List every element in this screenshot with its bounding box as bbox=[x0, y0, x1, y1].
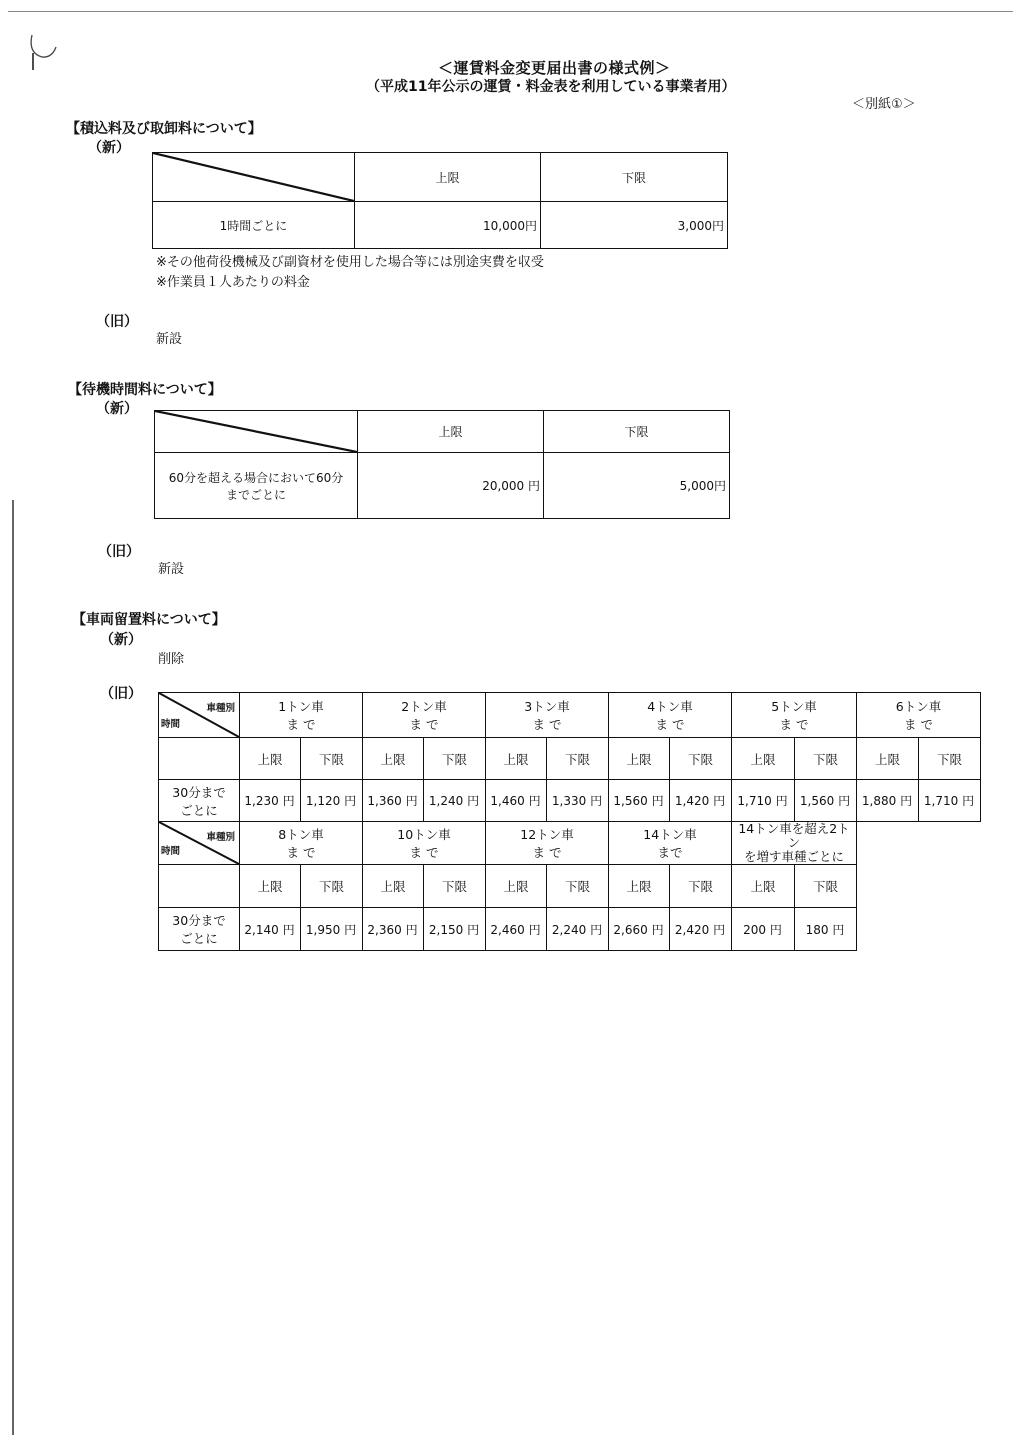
vehicle-class-header: 12トン車ま で bbox=[486, 822, 609, 865]
empty-label-cell bbox=[159, 738, 240, 780]
annex-label: ＜別紙①＞ bbox=[852, 93, 916, 112]
vehicle-class-header: 6トン車ま で bbox=[857, 693, 981, 738]
row-label: 30分までごとに bbox=[159, 908, 240, 951]
vehicle-class-header: 10トン車ま で bbox=[363, 822, 486, 865]
parking-fee-table: 車種別時間1トン車ま で2トン車ま で3トン車ま で4トン車ま で5トン車ま で… bbox=[158, 692, 981, 951]
col-header-upper: 上限 bbox=[358, 411, 544, 453]
document-subtitle: （平成11年公示の運賃・料金表を利用している事業者用） bbox=[366, 76, 735, 96]
upper-limit-label: 上限 bbox=[486, 738, 547, 780]
corner-label-vehicle-type: 車種別 bbox=[206, 829, 235, 843]
upper-limit-label: 上限 bbox=[857, 738, 919, 780]
vehicle-class-line2: まで bbox=[611, 843, 729, 861]
vehicle-class-line2: ま で bbox=[365, 715, 483, 733]
lower-limit-label: 下限 bbox=[301, 738, 363, 780]
vehicle-class-line1: 2トン車 bbox=[365, 697, 483, 715]
upper-value: 20,000 円 bbox=[358, 453, 544, 519]
diagonal-corner-cell bbox=[155, 411, 358, 453]
document-title: ＜運賃料金変更届出書の様式例＞ bbox=[438, 57, 671, 78]
old-label: （旧） bbox=[98, 541, 140, 561]
vehicle-class-line2: ま で bbox=[611, 715, 729, 733]
lower-value: 1,560 円 bbox=[795, 780, 857, 822]
lower-value: 1,420 円 bbox=[670, 780, 732, 822]
vehicle-class-line2: ま で bbox=[488, 715, 606, 733]
vehicle-class-line1: 4トン車 bbox=[611, 697, 729, 715]
row-label: 60分を超える場合において60分 までごとに bbox=[155, 453, 358, 519]
upper-limit-label: 上限 bbox=[240, 738, 301, 780]
punch-mark-icon bbox=[30, 33, 58, 71]
empty-cell bbox=[857, 822, 981, 865]
lower-limit-label: 下限 bbox=[424, 865, 486, 908]
scan-edge-top bbox=[8, 11, 1013, 12]
vehicle-class-line1: 3トン車 bbox=[488, 697, 606, 715]
upper-value: 1,360 円 bbox=[363, 780, 424, 822]
vehicle-class-line2: ま で bbox=[242, 843, 360, 861]
empty-cell bbox=[857, 865, 981, 908]
vehicle-class-line2: を増す車種ごとに bbox=[734, 850, 854, 864]
vehicle-class-line1: 12トン車 bbox=[488, 825, 606, 843]
vehicle-class-line1: 1トン車 bbox=[242, 697, 360, 715]
new-label: （新） bbox=[88, 137, 130, 157]
lower-limit-label: 下限 bbox=[670, 738, 732, 780]
lower-limit-label: 下限 bbox=[547, 865, 609, 908]
lower-value: 1,950 円 bbox=[301, 908, 363, 951]
vehicle-class-header: 8トン車ま で bbox=[240, 822, 363, 865]
vehicle-class-line1: 6トン車 bbox=[859, 697, 978, 715]
waiting-fee-table: 上限 下限 60分を超える場合において60分 までごとに 20,000 円 5,… bbox=[154, 410, 730, 519]
note-2: ※作業員１人あたりの料金 bbox=[156, 271, 310, 290]
new-label: （新） bbox=[96, 398, 138, 418]
lower-limit-label: 下限 bbox=[301, 865, 363, 908]
upper-value: 2,660 円 bbox=[609, 908, 670, 951]
col-header-upper: 上限 bbox=[355, 153, 541, 202]
upper-limit-label: 上限 bbox=[609, 865, 670, 908]
upper-limit-label: 上限 bbox=[732, 865, 795, 908]
note-1: ※その他荷役機械及び副資材を使用した場合等には別途実費を収受 bbox=[156, 251, 544, 270]
empty-label-cell bbox=[159, 865, 240, 908]
vehicle-class-line2: ま で bbox=[242, 715, 360, 733]
vehicle-class-header: 14トン車を超え2トンを増す車種ごとに bbox=[732, 822, 857, 865]
section-heading-parking: 【車両留置料について】 bbox=[72, 609, 226, 629]
lower-value: 3,000円 bbox=[541, 202, 728, 249]
upper-limit-label: 上限 bbox=[240, 865, 301, 908]
old-value: 新設 bbox=[158, 558, 184, 577]
vehicle-class-line2: ま で bbox=[859, 715, 978, 733]
row-label-line1: 60分を超える場合において60分 bbox=[159, 469, 353, 486]
lower-value: 2,150 円 bbox=[424, 908, 486, 951]
upper-value: 1,880 円 bbox=[857, 780, 919, 822]
row-label-line2: ごとに bbox=[161, 801, 237, 819]
vehicle-class-line1: 8トン車 bbox=[242, 825, 360, 843]
old-label: （旧） bbox=[100, 683, 142, 703]
vehicle-class-line1: 5トン車 bbox=[734, 697, 854, 715]
upper-value: 1,460 円 bbox=[486, 780, 547, 822]
vehicle-class-header: 4トン車ま で bbox=[609, 693, 732, 738]
loading-fee-table: 上限 下限 1時間ごとに 10,000円 3,000円 bbox=[152, 152, 728, 249]
row-label: 1時間ごとに bbox=[153, 202, 355, 249]
upper-value: 2,460 円 bbox=[486, 908, 547, 951]
old-label: （旧） bbox=[96, 311, 138, 331]
vehicle-class-line2: ま で bbox=[734, 715, 854, 733]
upper-limit-label: 上限 bbox=[363, 865, 424, 908]
lower-value: 1,240 円 bbox=[424, 780, 486, 822]
vehicle-class-header: 2トン車ま で bbox=[363, 693, 486, 738]
upper-limit-label: 上限 bbox=[363, 738, 424, 780]
vehicle-class-header: 1トン車ま で bbox=[240, 693, 363, 738]
lower-limit-label: 下限 bbox=[424, 738, 486, 780]
lower-limit-label: 下限 bbox=[919, 738, 981, 780]
upper-limit-label: 上限 bbox=[732, 738, 795, 780]
lower-value: 1,120 円 bbox=[301, 780, 363, 822]
old-value: 新設 bbox=[156, 328, 182, 347]
row-label-line1: 30分まで bbox=[161, 911, 237, 929]
vehicle-class-line1: 10トン車 bbox=[365, 825, 483, 843]
upper-value: 10,000円 bbox=[355, 202, 541, 249]
upper-value: 200 円 bbox=[732, 908, 795, 951]
row-label-line2: までごとに bbox=[159, 486, 353, 503]
lower-value: 2,420 円 bbox=[670, 908, 732, 951]
corner-label-time: 時間 bbox=[161, 716, 180, 730]
diagonal-corner-cell: 車種別時間 bbox=[159, 693, 240, 738]
section-heading-loading: 【積込料及び取卸料について】 bbox=[66, 118, 262, 138]
upper-value: 1,560 円 bbox=[609, 780, 670, 822]
diagonal-corner-cell bbox=[153, 153, 355, 202]
row-label-line1: 30分まで bbox=[161, 783, 237, 801]
lower-limit-label: 下限 bbox=[795, 738, 857, 780]
row-label: 30分までごとに bbox=[159, 780, 240, 822]
new-label: （新） bbox=[100, 629, 142, 649]
lower-limit-label: 下限 bbox=[670, 865, 732, 908]
upper-value: 1,230 円 bbox=[240, 780, 301, 822]
vehicle-class-header: 5トン車ま で bbox=[732, 693, 857, 738]
upper-limit-label: 上限 bbox=[486, 865, 547, 908]
upper-value: 1,710 円 bbox=[732, 780, 795, 822]
vehicle-class-header: 3トン車ま で bbox=[486, 693, 609, 738]
lower-value: 180 円 bbox=[795, 908, 857, 951]
section-heading-waiting: 【待機時間料について】 bbox=[68, 379, 222, 399]
upper-limit-label: 上限 bbox=[609, 738, 670, 780]
vehicle-class-line2: ま で bbox=[365, 843, 483, 861]
lower-value: 1,710 円 bbox=[919, 780, 981, 822]
diagonal-corner-cell: 車種別時間 bbox=[159, 822, 240, 865]
corner-label-vehicle-type: 車種別 bbox=[206, 700, 235, 714]
empty-cell bbox=[857, 908, 981, 951]
scan-edge-left bbox=[12, 500, 14, 1435]
lower-value: 2,240 円 bbox=[547, 908, 609, 951]
col-header-lower: 下限 bbox=[544, 411, 730, 453]
upper-value: 2,140 円 bbox=[240, 908, 301, 951]
lower-value: 1,330 円 bbox=[547, 780, 609, 822]
col-header-lower: 下限 bbox=[541, 153, 728, 202]
vehicle-class-line1: 14トン車 bbox=[611, 825, 729, 843]
corner-label-time: 時間 bbox=[161, 843, 180, 857]
vehicle-class-line2: ま で bbox=[488, 843, 606, 861]
row-label-line2: ごとに bbox=[161, 929, 237, 947]
new-value: 削除 bbox=[158, 648, 184, 667]
lower-limit-label: 下限 bbox=[795, 865, 857, 908]
upper-value: 2,360 円 bbox=[363, 908, 424, 951]
lower-limit-label: 下限 bbox=[547, 738, 609, 780]
lower-value: 5,000円 bbox=[544, 453, 730, 519]
vehicle-class-header: 14トン車まで bbox=[609, 822, 732, 865]
vehicle-class-line1: 14トン車を超え2トン bbox=[734, 822, 854, 850]
